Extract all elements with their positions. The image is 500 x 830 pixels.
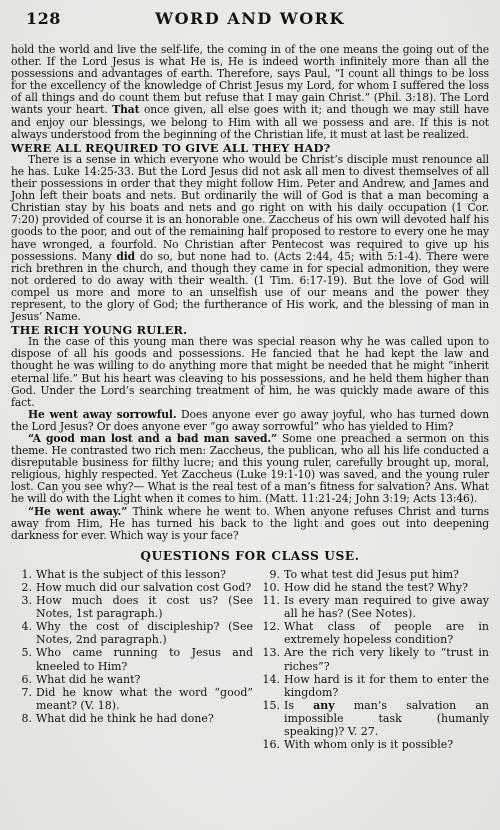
- bold-text: “He went away.”: [28, 505, 127, 518]
- question-text: With whom only is it possible?: [284, 738, 489, 751]
- question-text: Is every man required to give away all h…: [284, 594, 489, 620]
- question-item: 15.Is any man’s salvation an impossible …: [259, 699, 489, 738]
- question-item: 6.What did he want?: [11, 673, 253, 686]
- bold-text: “A good man lost and a bad man saved.”: [28, 432, 277, 445]
- page-header: 128 WORD AND WORK: [11, 8, 489, 32]
- question-text: What did he want?: [36, 673, 253, 686]
- question-text: What class of people are in extremely ho…: [284, 620, 489, 646]
- question-number: 8.: [11, 712, 32, 725]
- bold-text: any: [313, 699, 335, 712]
- question-item: 11.Is every man required to give away al…: [259, 594, 489, 620]
- question-item: 10.How did he stand the test? Why?: [259, 581, 489, 594]
- question-number: 13.: [259, 646, 280, 672]
- question-text: What is the subject of this lesson?: [36, 568, 253, 581]
- question-item: 4.Why the cost of discipleship? (See Not…: [11, 620, 253, 646]
- question-number: 10.: [259, 581, 280, 594]
- page-number: 128: [26, 9, 61, 28]
- question-text: Are the rich very likely to “trust in ri…: [284, 646, 489, 672]
- question-item: 16.With whom only is it possible?: [259, 738, 489, 751]
- question-text: How much did our salvation cost God?: [36, 581, 253, 594]
- text: How did he stand the test? Why?: [284, 581, 468, 594]
- question-item: 12.What class of people are in extremely…: [259, 620, 489, 646]
- text: How much does it cost us? (See Notes, 1s…: [36, 594, 253, 620]
- text: How much did our salvation cost God?: [36, 581, 251, 594]
- text: What did he think he had done?: [36, 712, 214, 725]
- paragraph: “He went away.” Think where he went to. …: [11, 506, 489, 542]
- paragraph: He went away sorrowful. Does anyone ever…: [11, 409, 489, 433]
- questions-section: 1.What is the subject of this lesson?2.H…: [11, 568, 489, 751]
- text: What class of people are in extremely ho…: [284, 620, 489, 646]
- text: What did he want?: [36, 673, 140, 686]
- bold-text: That: [112, 103, 139, 116]
- question-item: 8.What did he think he had done?: [11, 712, 253, 725]
- question-number: 14.: [259, 673, 280, 699]
- question-number: 12.: [259, 620, 280, 646]
- text: Did he know what the word “good” meant? …: [36, 686, 253, 712]
- text: In the case of this young man there was …: [11, 335, 489, 408]
- text: What is the subject of this lesson?: [36, 568, 226, 581]
- question-item: 14.How hard is it for them to enter the …: [259, 673, 489, 699]
- question-text: Is any man’s salvation an impossible tas…: [284, 699, 489, 738]
- question-text: How did he stand the test? Why?: [284, 581, 489, 594]
- text: Is every man required to give away all h…: [284, 594, 489, 620]
- question-text: How much does it cost us? (See Notes, 1s…: [36, 594, 253, 620]
- question-number: 6.: [11, 673, 32, 686]
- question-text: What did he think he had done?: [36, 712, 253, 725]
- question-text: Who came running to Jesus and kneeled to…: [36, 646, 253, 672]
- text: Is: [284, 699, 313, 712]
- text: How hard is it for them to enter the kin…: [284, 673, 489, 699]
- paragraph: In the case of this young man there was …: [11, 336, 489, 409]
- question-number: 16.: [259, 738, 280, 751]
- questions-left-column: 1.What is the subject of this lesson?2.H…: [11, 568, 253, 751]
- question-text: How hard is it for them to enter the kin…: [284, 673, 489, 699]
- question-text: To what test did Jesus put him?: [284, 568, 489, 581]
- question-item: 9.To what test did Jesus put him?: [259, 568, 489, 581]
- questions-heading: QUESTIONS FOR CLASS USE.: [11, 549, 489, 563]
- question-item: 13.Are the rich very likely to “trust in…: [259, 646, 489, 672]
- question-number: 4.: [11, 620, 32, 646]
- questions-right-column: 9.To what test did Jesus put him?10.How …: [259, 568, 489, 751]
- question-number: 3.: [11, 594, 32, 620]
- text: Who came running to Jesus and kneeled to…: [36, 646, 253, 672]
- question-number: 11.: [259, 594, 280, 620]
- question-item: 3.How much does it cost us? (See Notes, …: [11, 594, 253, 620]
- text: There is a sense in which everyone who w…: [11, 153, 489, 263]
- bold-text: did: [116, 250, 135, 263]
- question-item: 5.Who came running to Jesus and kneeled …: [11, 646, 253, 672]
- text: With whom only is it possible?: [284, 738, 453, 751]
- paragraph: “A good man lost and a bad man saved.” S…: [11, 433, 489, 506]
- question-text: Did he know what the word “good” meant? …: [36, 686, 253, 712]
- text: Why the cost of discipleship? (See Notes…: [36, 620, 253, 646]
- paragraph: There is a sense in which everyone who w…: [11, 154, 489, 323]
- question-number: 9.: [259, 568, 280, 581]
- text: To what test did Jesus put him?: [284, 568, 459, 581]
- question-number: 7.: [11, 686, 32, 712]
- question-item: 2.How much did our salvation cost God?: [11, 581, 253, 594]
- question-text: Why the cost of discipleship? (See Notes…: [36, 620, 253, 646]
- question-number: 2.: [11, 581, 32, 594]
- question-item: 7.Did he know what the word “good” meant…: [11, 686, 253, 712]
- scanned-page: 128 WORD AND WORK hold the world and liv…: [0, 0, 500, 830]
- bold-text: He went away sorrowful.: [28, 408, 176, 421]
- paragraph: hold the world and live the self-life, t…: [11, 44, 489, 141]
- question-number: 5.: [11, 646, 32, 672]
- journal-title: WORD AND WORK: [11, 8, 489, 28]
- question-item: 1.What is the subject of this lesson?: [11, 568, 253, 581]
- text: Are the rich very likely to “trust in ri…: [284, 646, 489, 672]
- question-number: 1.: [11, 568, 32, 581]
- article-body: hold the world and live the self-life, t…: [11, 44, 489, 542]
- question-number: 15.: [259, 699, 280, 738]
